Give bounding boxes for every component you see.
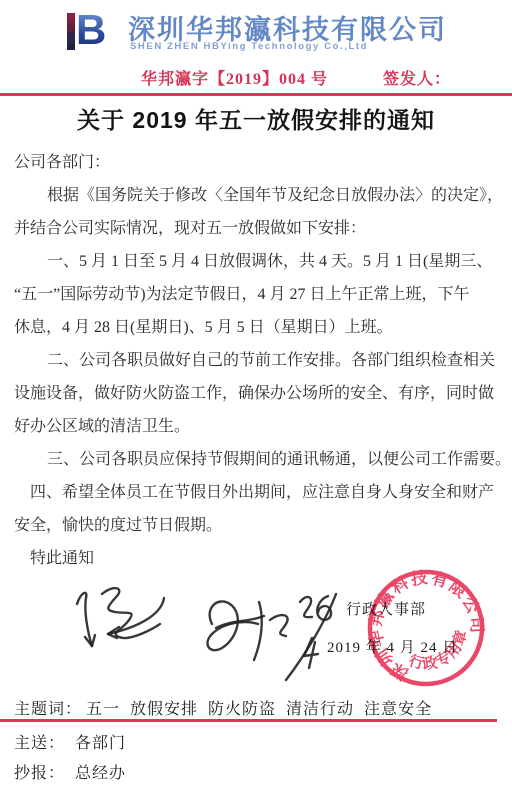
keywords-divider xyxy=(0,719,497,722)
document-number-row: 华邦瀛字【2019】004 号 签发人： xyxy=(0,66,512,90)
copy-report-label: 抄报： xyxy=(14,765,65,782)
notice-document-page: { "header": { "logo_b": "B", "company_cn… xyxy=(0,0,512,800)
body-line: 二、公司各职员做好自己的节前工作安排。各部门组织检查相关 xyxy=(14,344,500,377)
signature-approval xyxy=(77,588,164,646)
signature-name-date xyxy=(207,594,336,680)
keywords-label: 主题词： xyxy=(14,701,82,718)
main-send-row: 主送：各部门 xyxy=(14,730,126,753)
handwritten-signatures xyxy=(60,572,350,702)
body-line: 根据《国务院关于修改〈全国年节及纪念日放假办法〉的决定》， xyxy=(14,179,500,212)
company-logo: B xyxy=(67,10,106,50)
letterhead-divider xyxy=(0,93,512,96)
body-line: 四、希望全体员工在节假日外出期间，应注意自身人身安全和财产 xyxy=(14,476,500,509)
keywords-value: 五一 放假安排 防火防盗 清洁行动 注意安全 xyxy=(86,701,432,718)
logo-b-glyph: B xyxy=(76,10,106,50)
notice-body: 公司各部门： 根据《国务院关于修改〈全国年节及纪念日放假办法〉的决定》， 并结合… xyxy=(14,146,500,575)
body-line: 安全，愉快的度过节日假期。 xyxy=(14,509,500,542)
body-line: 一、5 月 1 日至 5 月 4 日放假调休，共 4 天。5 月 1 日(星期三… xyxy=(14,245,500,278)
logo-stripe-icon xyxy=(67,13,75,50)
body-line: 公司各部门： xyxy=(14,146,500,179)
company-stamp: 深圳华邦瀛科技有限公司 行政专用章 xyxy=(350,560,506,706)
company-name-en: SHEN ZHEN HBYing Technology Co.,Ltd xyxy=(130,41,368,52)
issuer-label: 签发人： xyxy=(383,66,451,89)
notice-title: 关于 2019 年五一放假安排的通知 xyxy=(0,102,512,135)
body-line: “五一”国际劳动节)为法定节假日，4 月 27 日上午正常上班，下午 xyxy=(14,278,500,311)
body-line: 好办公区域的清洁卫生。 xyxy=(14,410,500,443)
main-send-label: 主送： xyxy=(14,735,65,752)
body-line: 并结合公司实际情况，现对五一放假做如下安排： xyxy=(14,212,500,245)
document-number: 华邦瀛字【2019】004 号 xyxy=(141,66,328,89)
body-line: 休息，4 月 28 日(星期日)、5 月 5 日（星期日）上班。 xyxy=(14,311,500,344)
main-send-value: 各部门 xyxy=(75,735,126,752)
copy-report-row: 抄报：总经办 xyxy=(14,760,126,783)
keywords-row: 主题词：五一 放假安排 防火防盗 清洁行动 注意安全 xyxy=(14,696,432,719)
body-line: 三、公司各职员应保持节假期间的通讯畅通，以便公司工作需要。 xyxy=(14,443,500,476)
body-line: 设施设备，做好防火防盗工作，确保办公场所的安全、有序，同时做 xyxy=(14,377,500,410)
copy-report-value: 总经办 xyxy=(75,765,126,782)
